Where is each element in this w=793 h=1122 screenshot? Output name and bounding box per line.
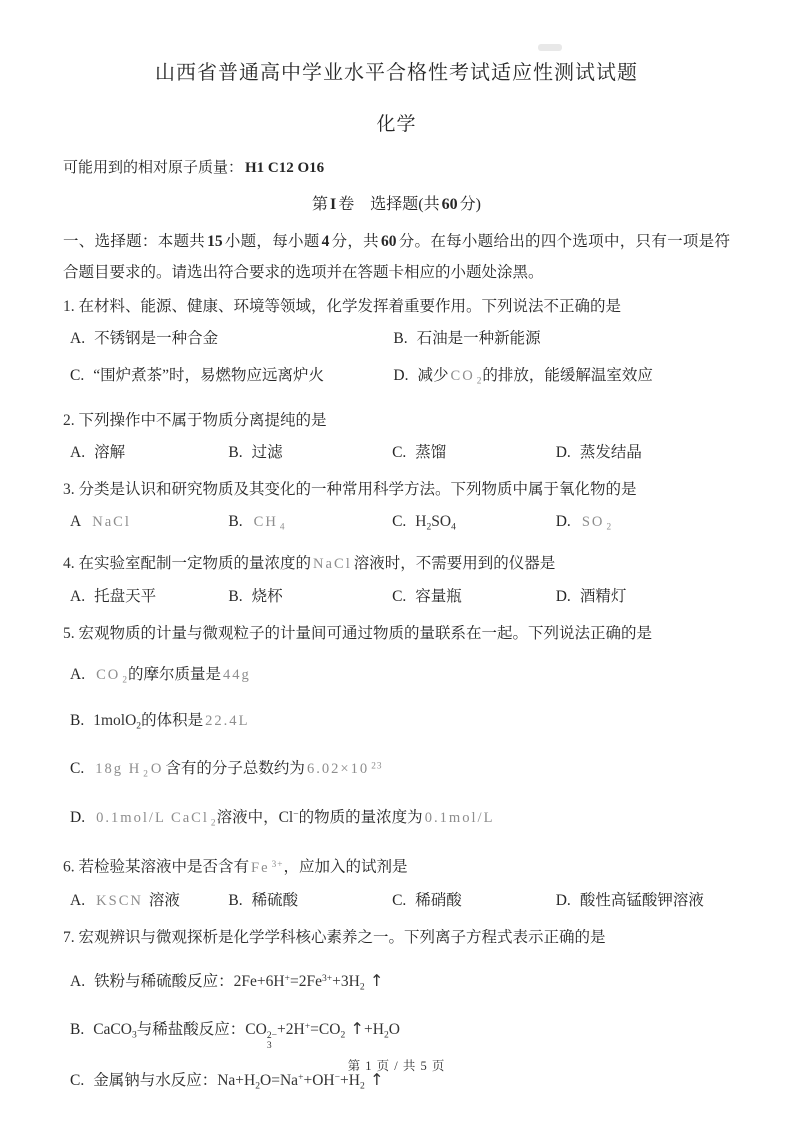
answer-option: A.不锈钢是一种合金 <box>70 326 393 352</box>
answer-option: B.过滤 <box>228 440 392 466</box>
option-label: D. <box>556 444 571 461</box>
option-text: 18g H2O含有的分子总数约为6.02×1023 <box>93 760 382 777</box>
option-text: 稀硝酸 <box>415 892 462 909</box>
option-text: KSCN 溶液 <box>94 892 180 909</box>
answer-option: C.容量瓶 <box>392 584 556 610</box>
option-text: 金属钠与水反应：Na+H2O=Na++OH−+H2 ↑ <box>93 1072 383 1089</box>
answer-option: A.铁粉与稀硫酸反应：2Fe+6H+=2Fe3++3H2 ↑ <box>63 966 730 1000</box>
option-text: 0.1mol/L CaCl2溶液中，Cl−的物质的量浓度为0.1mol/L <box>94 809 496 826</box>
option-label: D. <box>393 367 408 384</box>
subject-title: 化学 <box>63 109 730 136</box>
option-text: 托盘天平 <box>94 588 156 605</box>
question-options: A.CO2的摩尔质量是44g B.1molO2的体积是22.4L C.18g H… <box>63 662 730 836</box>
question-stem: 5. 宏观物质的计量与微观粒子的计量间可通过物质的量联系在一起。下列说法正确的是 <box>63 618 730 649</box>
question-options: A.KSCN 溶液 B.稀硫酸 C.稀硝酸 D.酸性高锰酸钾溶液 <box>63 888 730 914</box>
option-label: C. <box>392 588 406 605</box>
option-text: 酸性高锰酸钾溶液 <box>580 892 704 909</box>
option-label: B. <box>228 588 242 605</box>
answer-option: D.酸性高锰酸钾溶液 <box>556 888 730 914</box>
option-label: C. <box>70 367 84 384</box>
answer-option: B.CaCO3与稀盐酸反应：CO2−3+2H+=CO2 ↑+H2O <box>63 1014 730 1051</box>
option-text: NaCl <box>90 513 133 530</box>
answer-option: B.CH4 <box>228 509 392 541</box>
answer-option: C.“围炉煮茶”时，易燃物应远离炉火 <box>70 363 393 395</box>
option-text: 稀硫酸 <box>252 892 299 909</box>
option-label: B. <box>228 513 242 530</box>
option-label: A. <box>70 892 85 909</box>
answer-option: ANaCl <box>70 509 228 541</box>
option-label: D. <box>70 809 85 826</box>
question: 1. 在材料、能源、健康、环境等领域，化学发挥着重要作用。下列说法不正确的是 A… <box>63 291 730 395</box>
question: 5. 宏观物质的计量与微观粒子的计量间可通过物质的量联系在一起。下列说法正确的是… <box>63 618 730 836</box>
option-text: CaCO3与稀盐酸反应：CO2−3+2H+=CO2 ↑+H2O <box>93 1021 400 1038</box>
questions-list: 1. 在材料、能源、健康、环境等领域，化学发挥着重要作用。下列说法不正确的是 A… <box>63 291 730 1100</box>
answer-option: D.SO2 <box>556 509 730 541</box>
question-stem: 4. 在实验室配制一定物质的量浓度的NaCl溶液时，不需要用到的仪器是 <box>63 548 730 580</box>
answer-option: B.石油是一种新能源 <box>393 326 730 352</box>
answer-option: A.KSCN 溶液 <box>70 888 228 914</box>
question-options: ANaCl B.CH4 C.H2SO4 D.SO2 <box>63 509 730 541</box>
question-stem: 2. 下列操作中不属于物质分离提纯的是 <box>63 405 730 436</box>
option-label: A. <box>70 666 85 683</box>
option-text: 过滤 <box>252 444 283 461</box>
answer-option: D.0.1mol/L CaCl2溶液中，Cl−的物质的量浓度为0.1mol/L <box>63 802 730 837</box>
answer-option: C.18g H2O含有的分子总数约为6.02×1023 <box>63 754 730 788</box>
question-stem: 1. 在材料、能源、健康、环境等领域，化学发挥着重要作用。下列说法不正确的是 <box>63 291 730 322</box>
question: 3. 分类是认识和研究物质及其变化的一种常用科学方法。下列物质中属于氧化物的是 … <box>63 474 730 541</box>
option-text: 酒精灯 <box>580 588 627 605</box>
question: 2. 下列操作中不属于物质分离提纯的是 A.溶解 B.过滤 C.蒸馏 D.蒸发结… <box>63 405 730 466</box>
option-label: C. <box>392 892 406 909</box>
question-stem: 6. 若检验某溶液中是否含有Fe3+，应加入的试剂是 <box>63 850 730 884</box>
answer-option: A.CO2的摩尔质量是44g <box>63 662 730 694</box>
option-text: “围炉煮茶”时，易燃物应远离炉火 <box>93 367 324 384</box>
option-label: C. <box>70 760 84 777</box>
question-options: A.溶解 B.过滤 C.蒸馏 D.蒸发结晶 <box>63 440 730 466</box>
option-label: B. <box>70 1021 84 1038</box>
option-text: 石油是一种新能源 <box>417 330 541 347</box>
option-text: 减少CO2的排放，能缓解温室效应 <box>417 367 652 384</box>
option-label: B. <box>70 712 84 729</box>
option-text: 蒸发结晶 <box>580 444 642 461</box>
option-label: D. <box>556 892 571 909</box>
option-label: D. <box>556 513 571 530</box>
answer-option: C.蒸馏 <box>392 440 556 466</box>
option-label: B. <box>228 444 242 461</box>
option-text: CO2的摩尔质量是44g <box>94 666 253 683</box>
question: 6. 若检验某溶液中是否含有Fe3+，应加入的试剂是 A.KSCN 溶液 B.稀… <box>63 850 730 914</box>
option-text: 铁粉与稀硫酸反应：2Fe+6H+=2Fe3++3H2 ↑ <box>94 973 383 990</box>
option-text: 溶解 <box>94 444 125 461</box>
question-options: A.不锈钢是一种合金 B.石油是一种新能源 C.“围炉煮茶”时，易燃物应远离炉火… <box>63 326 730 395</box>
question: 4. 在实验室配制一定物质的量浓度的NaCl溶液时，不需要用到的仪器是 A.托盘… <box>63 548 730 610</box>
option-label: A. <box>70 444 85 461</box>
option-text: 1molO2的体积是22.4L <box>93 712 251 729</box>
question-options: A.托盘天平 B.烧杯 C.容量瓶 D.酒精灯 <box>63 584 730 610</box>
answer-option: B.1molO2的体积是22.4L <box>63 708 730 739</box>
scan-artifact-mark <box>538 44 562 51</box>
section-header: 第I卷 选择题(共60分) <box>63 191 730 214</box>
question-stem: 7. 宏观辨识与微观探析是化学学科核心素养之一。下列离子方程式表示正确的是 <box>63 922 730 953</box>
option-label: C. <box>70 1072 84 1089</box>
option-text: 蒸馏 <box>415 444 446 461</box>
option-label: A. <box>70 973 85 990</box>
answer-option: C.H2SO4 <box>392 509 556 541</box>
option-text: 烧杯 <box>252 588 283 605</box>
question-stem: 3. 分类是认识和研究物质及其变化的一种常用科学方法。下列物质中属于氧化物的是 <box>63 474 730 505</box>
answer-option: A.溶解 <box>70 440 228 466</box>
option-label: C. <box>392 444 406 461</box>
option-text: 容量瓶 <box>415 588 462 605</box>
answer-option: A.托盘天平 <box>70 584 228 610</box>
atomic-mass-line: 可能用到的相对原子质量：H1 C12 O16 <box>63 156 730 177</box>
option-text: 不锈钢是一种合金 <box>94 330 218 347</box>
page-title: 山西省普通高中学业水平合格性考试适应性测试试题 <box>63 56 730 85</box>
document-page: 山西省普通高中学业水平合格性考试适应性测试试题 化学 可能用到的相对原子质量：H… <box>0 0 793 1122</box>
answer-option: C.稀硝酸 <box>392 888 556 914</box>
answer-option: D.酒精灯 <box>556 584 730 610</box>
option-label: B. <box>228 892 242 909</box>
answer-option: B.稀硫酸 <box>228 888 392 914</box>
option-label: C. <box>392 513 406 530</box>
option-text: H2SO4 <box>415 513 456 530</box>
answer-option: B.烧杯 <box>228 584 392 610</box>
option-label: A. <box>70 330 85 347</box>
answer-option: D.减少CO2的排放，能缓解温室效应 <box>393 363 730 395</box>
option-label: A. <box>70 588 85 605</box>
option-text: SO2 <box>580 513 612 530</box>
option-label: B. <box>393 330 407 347</box>
option-label: D. <box>556 588 571 605</box>
answer-option: D.蒸发结晶 <box>556 440 730 466</box>
question-options: A.铁粉与稀硫酸反应：2Fe+6H+=2Fe3++3H2 ↑ B.CaCO3与稀… <box>63 966 730 1100</box>
section-instructions: 一、选择题：本题共15小题，每小题4分，共60分。在每小题给出的四个选项中，只有… <box>63 226 730 288</box>
page-number: 第 1 页 / 共 5 页 <box>0 1056 793 1074</box>
option-label: A <box>70 513 81 530</box>
option-text: CH4 <box>252 513 286 530</box>
